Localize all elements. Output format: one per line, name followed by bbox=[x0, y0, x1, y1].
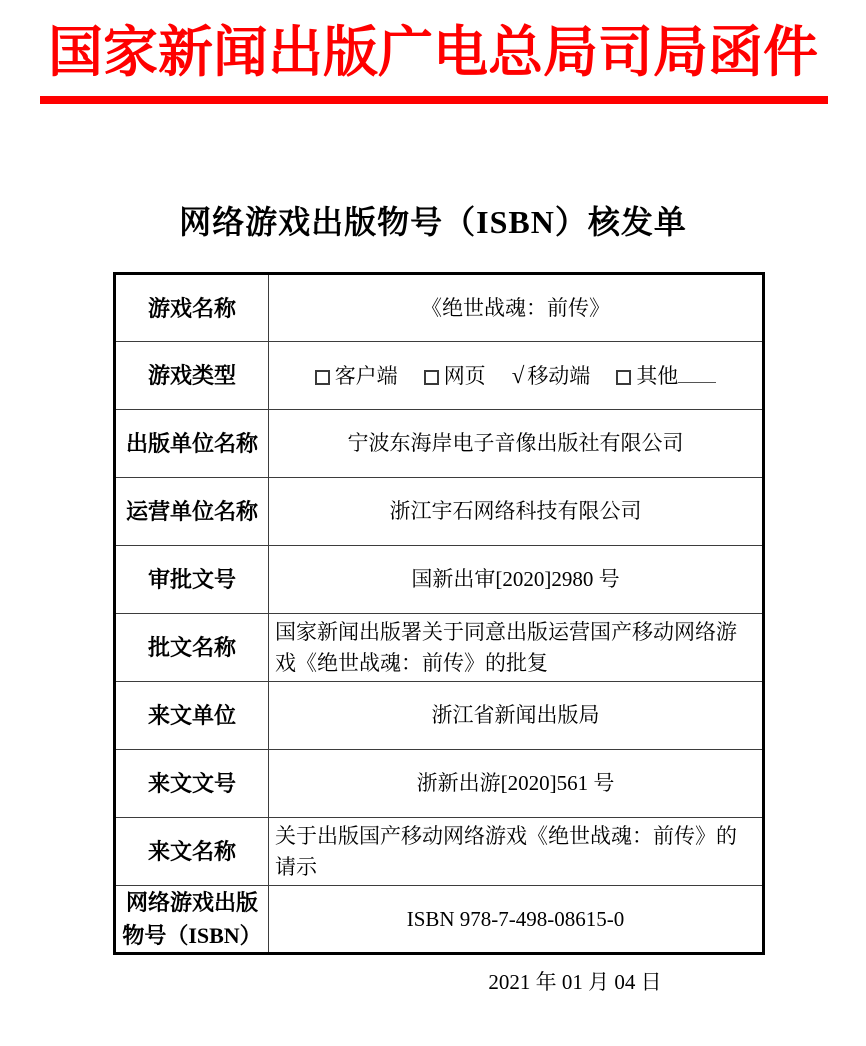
letterhead-rule bbox=[40, 96, 828, 104]
row-value-publisher: 宁波东海岸电子音像出版社有限公司 bbox=[269, 410, 764, 478]
game-type-option-client: 客户端 bbox=[315, 364, 398, 388]
row-label: 来文名称 bbox=[115, 818, 269, 886]
row-label: 批文名称 bbox=[115, 614, 269, 682]
table-row-approval-title: 批文名称 国家新闻出版署关于同意出版运营国产移动网络游戏《绝世战魂：前传》的批复 bbox=[115, 614, 764, 682]
row-value-source-unit: 浙江省新闻出版局 bbox=[269, 682, 764, 750]
checkbox-unchecked-icon bbox=[315, 370, 330, 385]
row-label: 游戏名称 bbox=[115, 274, 269, 342]
table-row-approval-number: 审批文号 国新出审[2020]2980 号 bbox=[115, 546, 764, 614]
game-type-option-other: 其他 bbox=[616, 364, 716, 388]
checkmark-icon: √ bbox=[512, 363, 525, 388]
game-type-option-label: 网页 bbox=[444, 364, 486, 388]
row-value-source-number: 浙新出游[2020]561 号 bbox=[269, 750, 764, 818]
row-label: 来文单位 bbox=[115, 682, 269, 750]
table-row-source-number: 来文文号 浙新出游[2020]561 号 bbox=[115, 750, 764, 818]
row-value-game-type: 客户端网页√移动端其他 bbox=[269, 342, 764, 410]
row-label: 来文文号 bbox=[115, 750, 269, 818]
row-label: 出版单位名称 bbox=[115, 410, 269, 478]
table-row-publisher: 出版单位名称 宁波东海岸电子音像出版社有限公司 bbox=[115, 410, 764, 478]
game-type-option-label: 客户端 bbox=[335, 364, 398, 388]
table-row-source-title: 来文名称 关于出版国产移动网络游戏《绝世战魂：前传》的请示 bbox=[115, 818, 764, 886]
row-value-approval-title: 国家新闻出版署关于同意出版运营国产移动网络游戏《绝世战魂：前传》的批复 bbox=[269, 614, 764, 682]
row-label: 网络游戏出版物号（ISBN） bbox=[115, 886, 269, 954]
row-value-isbn: ISBN 978-7-498-08615-0 bbox=[269, 886, 764, 954]
table-row-game-type: 游戏类型 客户端网页√移动端其他 bbox=[115, 342, 764, 410]
game-type-option-web: 网页 bbox=[424, 364, 486, 388]
table-row-isbn: 网络游戏出版物号（ISBN） ISBN 978-7-498-08615-0 bbox=[115, 886, 764, 954]
checkbox-unchecked-icon bbox=[616, 370, 631, 385]
row-label: 游戏类型 bbox=[115, 342, 269, 410]
row-label: 审批文号 bbox=[115, 546, 269, 614]
table-row-operator: 运营单位名称 浙江宇石网络科技有限公司 bbox=[115, 478, 764, 546]
issue-date: 2021 年 01 月 04 日 bbox=[430, 966, 720, 996]
row-value-game-name: 《绝世战魂：前传》 bbox=[269, 274, 764, 342]
checkbox-unchecked-icon bbox=[424, 370, 439, 385]
blank-underline bbox=[678, 368, 716, 383]
row-value-operator: 浙江宇石网络科技有限公司 bbox=[269, 478, 764, 546]
table-row-source-unit: 来文单位 浙江省新闻出版局 bbox=[115, 682, 764, 750]
document-page: 国家新闻出版广电总局司局函件 网络游戏出版物号（ISBN）核发单 游戏名称 《绝… bbox=[0, 0, 866, 1046]
letterhead-title: 国家新闻出版广电总局司局函件 bbox=[0, 20, 866, 86]
game-type-option-label: 其他 bbox=[636, 364, 678, 388]
form-title: 网络游戏出版物号（ISBN）核发单 bbox=[0, 197, 866, 243]
game-type-option-label: 移动端 bbox=[527, 364, 590, 388]
row-value-approval-number: 国新出审[2020]2980 号 bbox=[269, 546, 764, 614]
table-row-game-name: 游戏名称 《绝世战魂：前传》 bbox=[115, 274, 764, 342]
row-value-source-title: 关于出版国产移动网络游戏《绝世战魂：前传》的请示 bbox=[269, 818, 764, 886]
row-label: 运营单位名称 bbox=[115, 478, 269, 546]
game-type-option-mobile: √移动端 bbox=[512, 364, 591, 388]
isbn-form-table: 游戏名称 《绝世战魂：前传》 游戏类型 客户端网页√移动端其他 出版单位名称 宁… bbox=[113, 272, 765, 955]
